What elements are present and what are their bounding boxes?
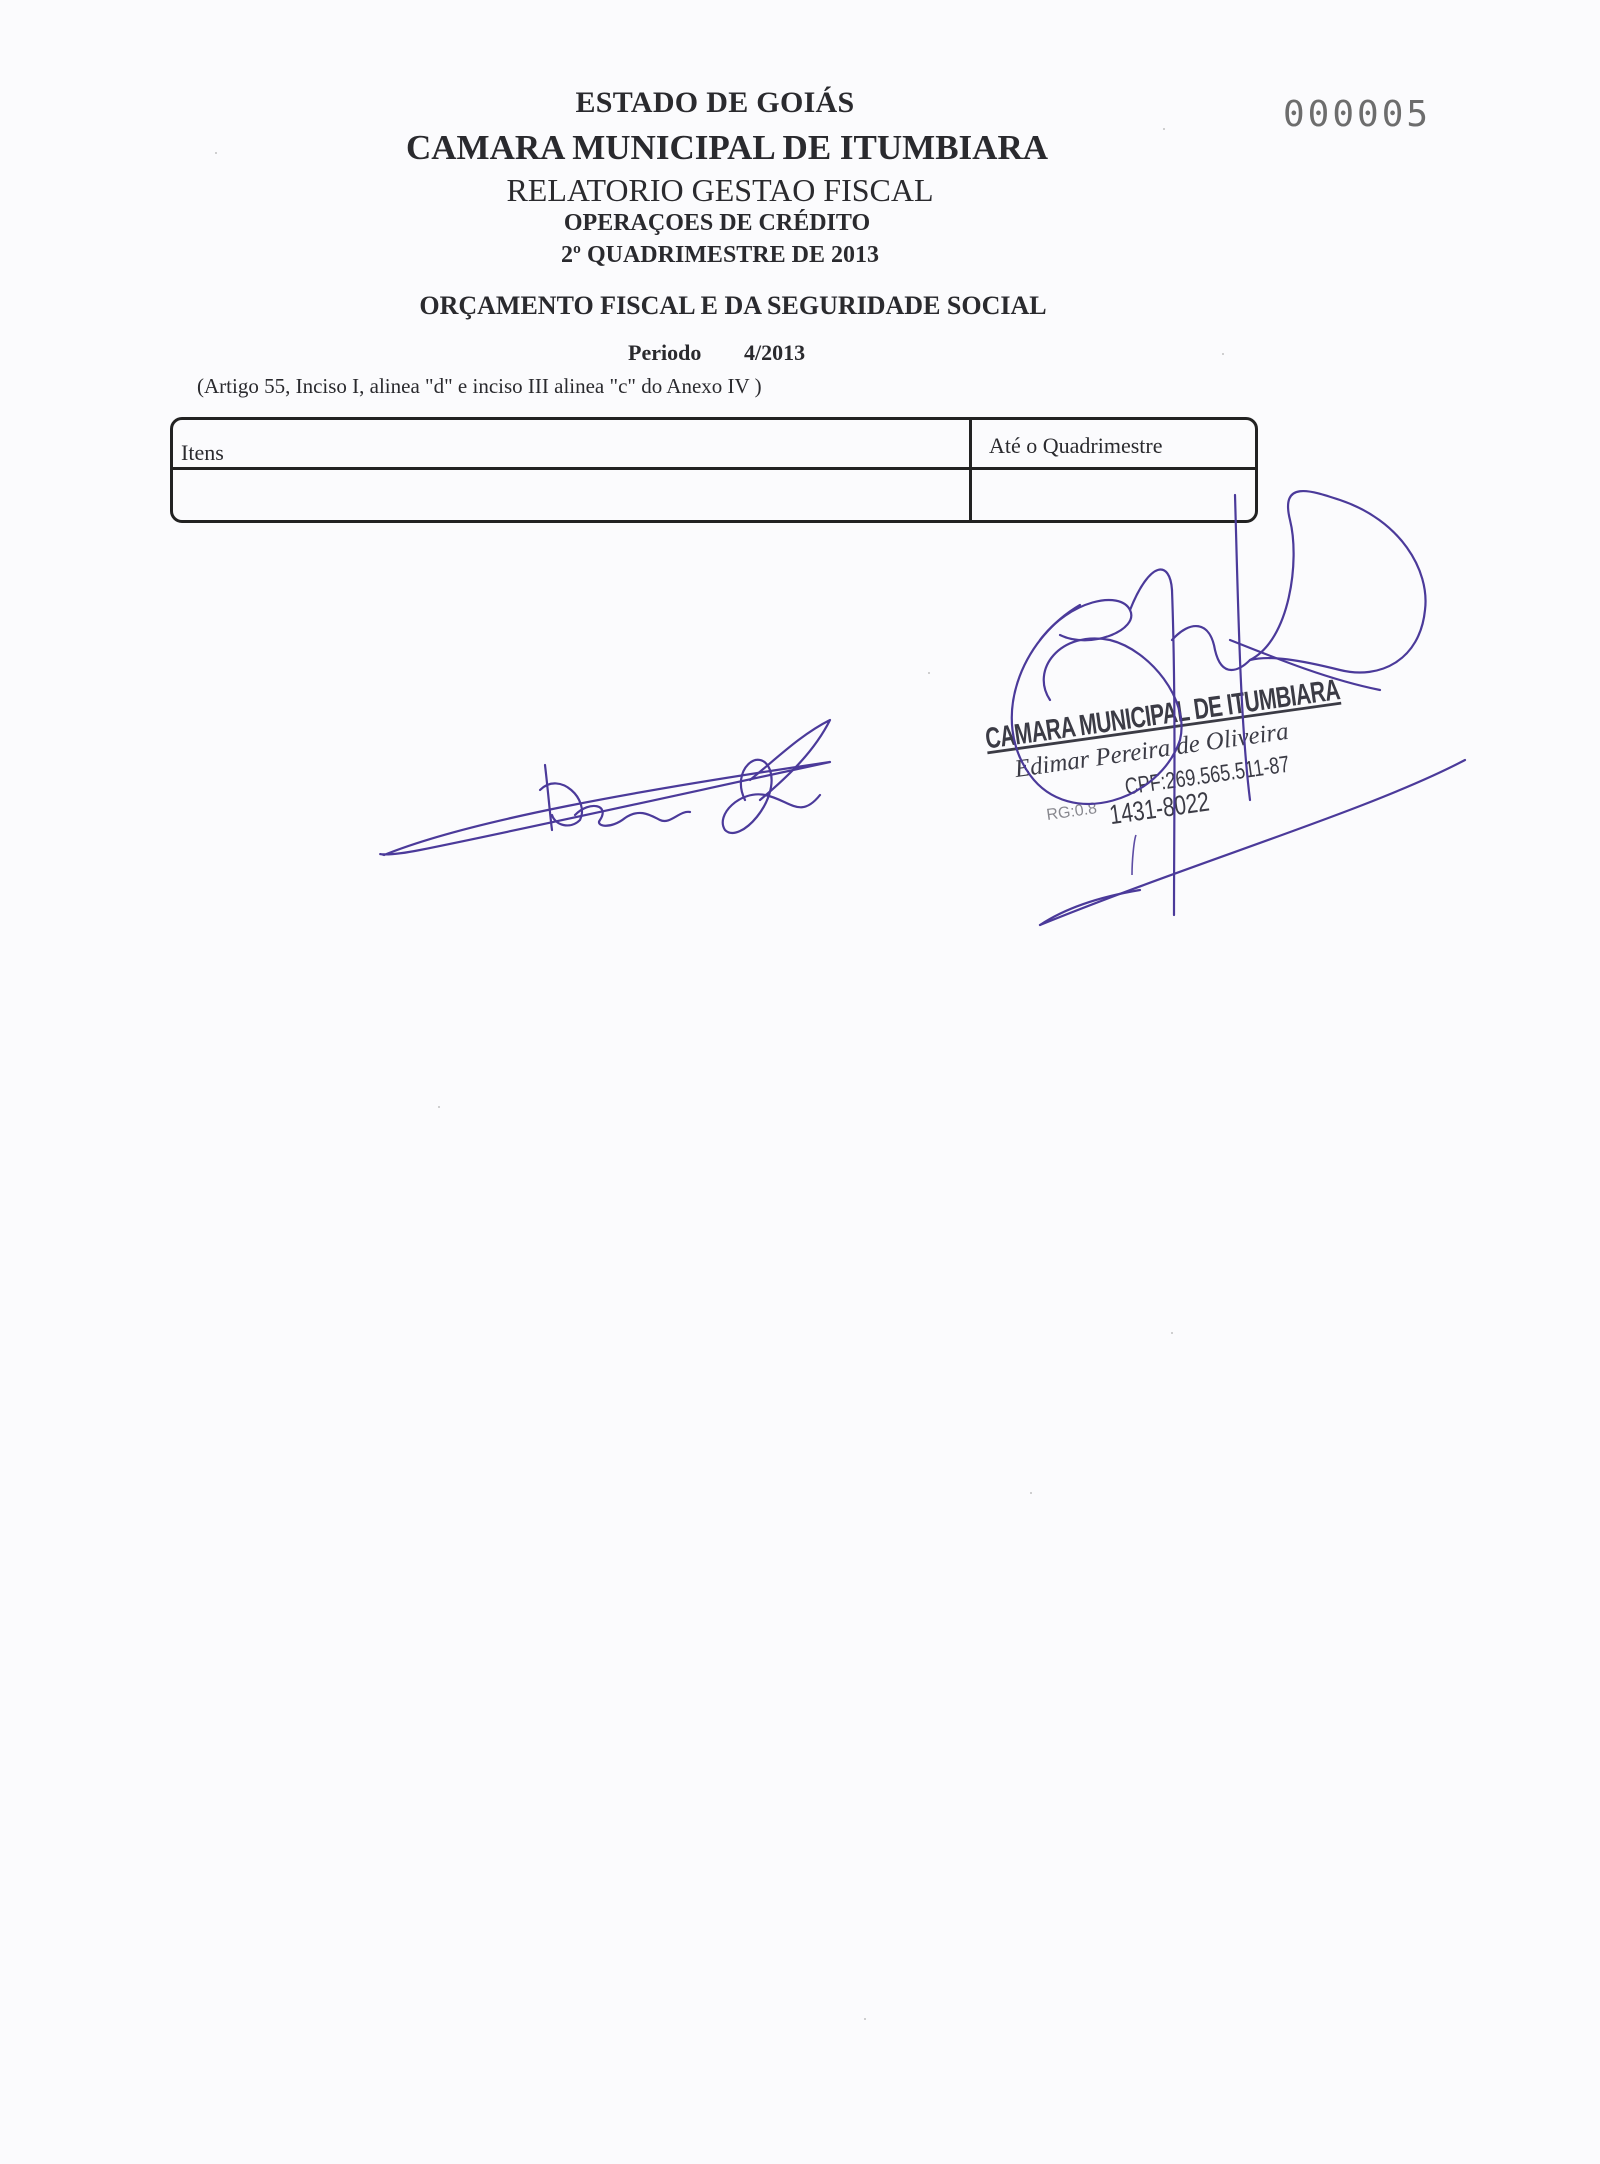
- scan-speck: [1030, 1492, 1032, 1494]
- column-header-until-quadrimester: Até o Quadrimestre: [989, 433, 1163, 459]
- scan-speck: [215, 152, 217, 154]
- legal-reference: (Artigo 55, Inciso I, alinea "d" e incis…: [197, 374, 762, 399]
- document-number-stamp: 000005: [1283, 94, 1431, 135]
- scan-speck: [438, 1106, 440, 1108]
- scan-speck: [1222, 353, 1224, 355]
- stamp-rg: RG:0.8: [1045, 800, 1098, 825]
- stamp-phone: 1431-8022: [1108, 787, 1212, 832]
- operations-subtitle: OPERAÇOES DE CRÉDITO: [564, 210, 870, 237]
- left-signature-icon: [380, 720, 830, 855]
- report-title: RELATORIO GESTAO FISCAL: [506, 172, 933, 209]
- scan-speck: [1171, 1332, 1173, 1334]
- credit-operations-table: Itens Até o Quadrimestre: [170, 417, 1258, 523]
- period-value: 4/2013: [744, 340, 805, 366]
- table-column-divider: [969, 420, 972, 520]
- scan-speck: [864, 2018, 866, 2020]
- budget-heading: ORÇAMENTO FISCAL E DA SEGURIDADE SOCIAL: [419, 291, 1046, 321]
- table-header-divider: [173, 467, 1255, 470]
- column-header-items: Itens: [181, 440, 224, 466]
- signatures: [0, 0, 1600, 2164]
- scan-speck: [1163, 128, 1165, 130]
- state-heading: ESTADO DE GOIÁS: [575, 86, 854, 120]
- quadrimester-subtitle: 2º QUADRIMESTRE DE 2013: [561, 242, 879, 269]
- chamber-heading: CAMARA MUNICIPAL DE ITUMBIARA: [406, 128, 1048, 168]
- period-label: Periodo: [628, 340, 701, 366]
- scan-speck: [928, 672, 930, 674]
